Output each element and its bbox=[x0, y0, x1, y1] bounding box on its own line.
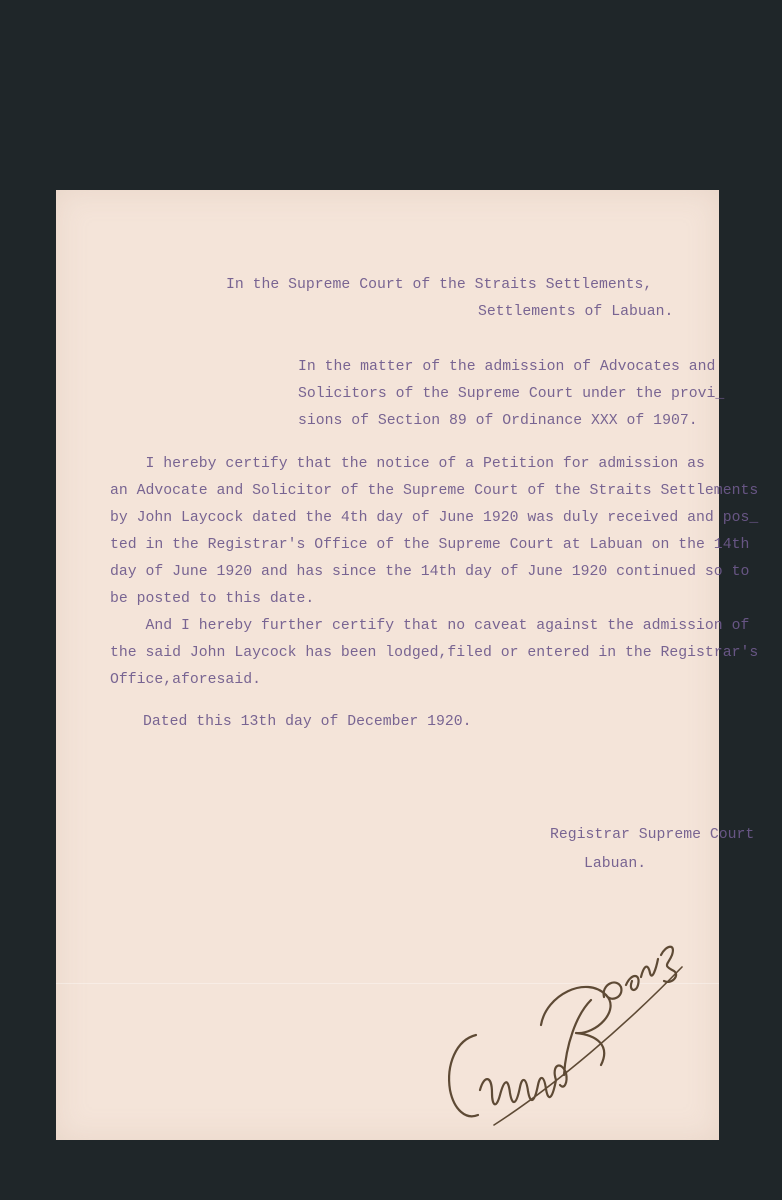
body-line: day of June 1920 and has since the 14th … bbox=[110, 563, 749, 581]
body-line: the said John Laycock has been lodged,fi… bbox=[110, 644, 758, 662]
body-line: Office,aforesaid. bbox=[110, 671, 261, 689]
court-heading: In the Supreme Court of the Straits Sett… bbox=[226, 276, 652, 294]
body-line: by John Laycock dated the 4th day of Jun… bbox=[110, 509, 758, 527]
body-line: an Advocate and Solicitor of the Supreme… bbox=[110, 482, 758, 500]
registrar-place: Labuan. bbox=[584, 855, 646, 873]
handwritten-signature bbox=[436, 915, 696, 1135]
body-line: be posted to this date. bbox=[110, 590, 314, 608]
body-line: And I hereby further certify that no cav… bbox=[110, 617, 749, 635]
dated-line: Dated this 13th day of December 1920. bbox=[143, 713, 472, 731]
matter-line: sions of Section 89 of Ordinance XXX of … bbox=[298, 412, 698, 430]
settlement-heading: Settlements of Labuan. bbox=[478, 303, 673, 321]
body-line: I hereby certify that the notice of a Pe… bbox=[110, 455, 705, 473]
matter-line: In the matter of the admission of Advoca… bbox=[298, 358, 715, 376]
document-page: In the Supreme Court of the Straits Sett… bbox=[56, 190, 719, 1140]
registrar-title: Registrar Supreme Court bbox=[550, 826, 754, 844]
body-line: ted in the Registrar's Office of the Sup… bbox=[110, 536, 749, 554]
matter-line: Solicitors of the Supreme Court under th… bbox=[298, 385, 724, 403]
